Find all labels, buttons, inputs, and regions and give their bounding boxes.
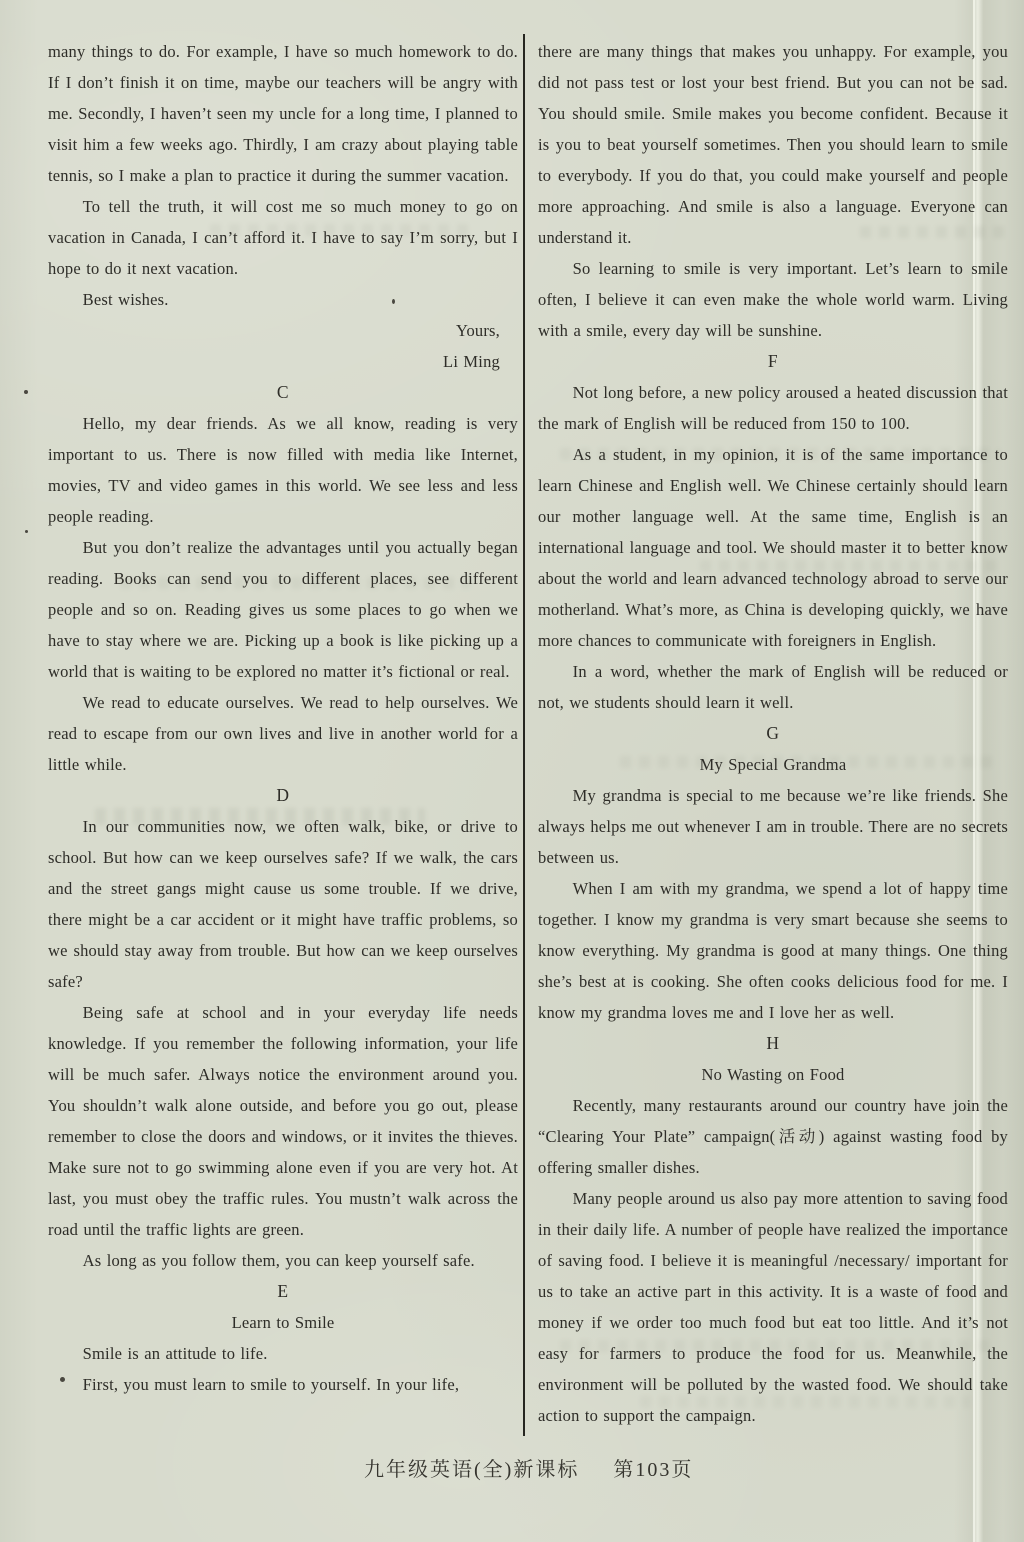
page-footer: 九年级英语(全)新课标 第103页 [364,1453,693,1482]
paragraph: Not long before, a new policy aroused a … [538,377,1008,439]
footer-page-number: 第103页 [613,1453,693,1482]
right-text-column: there are many things that makes you unh… [538,36,1008,1431]
signature-line: Yours, [48,315,518,346]
paragraph: First, you must learn to smile to yourse… [48,1369,518,1400]
section-heading: E [48,1276,518,1307]
paragraph: In a word, whether the mark of English w… [538,656,1008,718]
paragraph: many things to do. For example, I have s… [48,36,518,191]
ink-speck [25,530,28,533]
footer-book-title: 九年级英语(全)新课标 [364,1453,579,1482]
section-heading: D [48,780,518,811]
column-divider-rule [523,34,525,1436]
paragraph: In our communities now, we often walk, b… [48,811,518,997]
paragraph: My grandma is special to me because we’r… [538,780,1008,873]
section-heading: G [538,718,1008,749]
paragraph: We read to educate ourselves. We read to… [48,687,518,780]
paragraph: Many people around us also pay more atte… [538,1183,1008,1431]
paragraph: there are many things that makes you unh… [538,36,1008,253]
paragraph: Being safe at school and in your everyda… [48,997,518,1245]
paragraph: As a student, in my opinion, it is of th… [538,439,1008,656]
section-heading: C [48,377,518,408]
left-text-column: many things to do. For example, I have s… [48,36,518,1400]
section-title: My Special Grandma [538,749,1008,780]
ink-speck [24,390,28,394]
paragraph: Hello, my dear friends. As we all know, … [48,408,518,532]
scanned-textbook-page: many things to do. For example, I have s… [0,0,1024,1542]
signature-line: Li Ming [48,346,518,377]
paragraph: But you don’t realize the advantages unt… [48,532,518,687]
paragraph: Best wishes. [48,284,518,315]
section-heading: F [538,346,1008,377]
paragraph: Smile is an attitude to life. [48,1338,518,1369]
section-title: No Wasting on Food [538,1059,1008,1090]
paragraph: When I am with my grandma, we spend a lo… [538,873,1008,1028]
paragraph: So learning to smile is very important. … [538,253,1008,346]
section-heading: H [538,1028,1008,1059]
section-title: Learn to Smile [48,1307,518,1338]
paragraph: To tell the truth, it will cost me so mu… [48,191,518,284]
paragraph: Recently, many restaurants around our co… [538,1090,1008,1183]
paragraph: As long as you follow them, you can keep… [48,1245,518,1276]
